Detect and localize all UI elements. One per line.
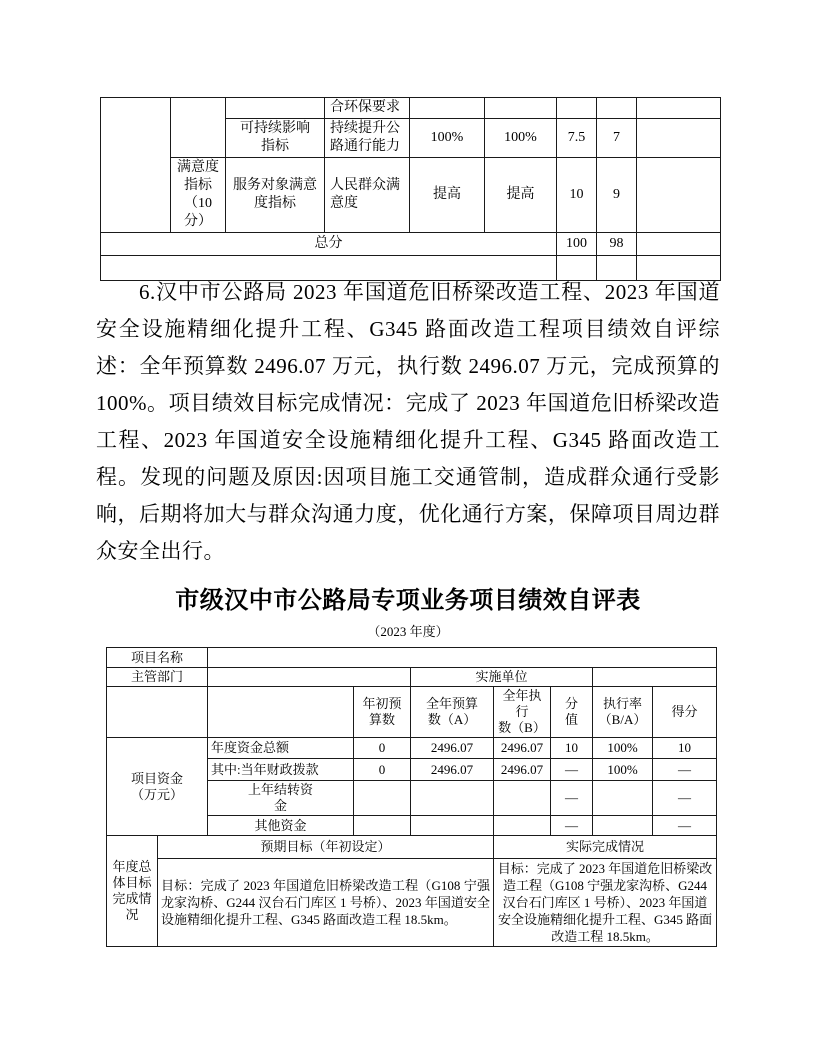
funds-group-label-cell: 项目资金 （万元） xyxy=(107,738,208,836)
funds-row-fiscal-execution-cell: 2496.07 xyxy=(494,759,551,781)
annual-goal-label-cell: 年度总 体目标 完成情 况 xyxy=(107,836,158,947)
department-label-cell: 主管部门 xyxy=(107,668,208,687)
score-col2-empty-cell xyxy=(171,98,226,158)
funds-header-empty-cell xyxy=(107,687,208,738)
header-score-cell: 得分 xyxy=(653,687,717,738)
score-satisfaction-actual-cell: 提高 xyxy=(485,158,557,233)
funds-row-carryover-initial-cell xyxy=(354,781,411,816)
expected-goal-header-cell: 预期目标（年初设定） xyxy=(158,836,494,859)
implementer-label-cell: 实施单位 xyxy=(411,668,593,687)
score-sustain-actual-cell: 100% xyxy=(485,119,557,158)
score-env-target-cell xyxy=(410,98,485,119)
score-satisfaction-category-cell: 服务对象满意 度指标 xyxy=(226,158,325,233)
funds-row-fiscal-rate-cell: 100% xyxy=(593,759,653,781)
project-name-value-cell xyxy=(208,648,717,668)
funds-row-total-budget-cell: 2496.07 xyxy=(411,738,494,759)
score-total-note-cell xyxy=(637,233,721,256)
score-env-score-cell xyxy=(597,98,637,119)
implementer-value-cell xyxy=(593,668,717,687)
funds-row-other-initial-cell xyxy=(354,816,411,836)
funds-row-carryover-rate-cell xyxy=(593,781,653,816)
funds-row-total-score-cell: 10 xyxy=(653,738,717,759)
score-env-note-cell xyxy=(637,98,721,119)
score-satisfaction-note-cell xyxy=(637,158,721,233)
funds-row-other-points-cell: — xyxy=(551,816,593,836)
funds-row-total-points-cell: 10 xyxy=(551,738,593,759)
funds-row-other-score-cell: — xyxy=(653,816,717,836)
score-env-category-empty-cell xyxy=(226,98,325,119)
score-env-actual-cell xyxy=(485,98,557,119)
score-sustain-note-cell xyxy=(637,119,721,158)
funds-row-other-execution-cell xyxy=(494,816,551,836)
score-satisfaction-indicator-cell: 人民群众满 意度 xyxy=(325,158,410,233)
header-points-cell: 分 值 xyxy=(551,687,593,738)
score-sustain-points-cell: 7.5 xyxy=(557,119,597,158)
score-satisfaction-target-cell: 提高 xyxy=(410,158,485,233)
header-initial-budget-cell: 年初预 算数 xyxy=(354,687,411,738)
score-total-points-cell: 100 xyxy=(557,233,597,256)
header-annual-execution-cell: 全年执行 数（B） xyxy=(494,687,551,738)
funds-row-fiscal-score-cell: — xyxy=(653,759,717,781)
funds-name-header-empty-cell xyxy=(208,687,354,738)
score-sustain-target-cell: 100% xyxy=(410,119,485,158)
funds-row-other-name-cell: 其他资金 xyxy=(208,816,354,836)
score-total-label-cell: 总分 xyxy=(101,233,557,256)
score-satisfaction-group-cell: 满意度 指标 （10 分） xyxy=(171,158,226,233)
form-title: 市级汉中市公路局专项业务项目绩效自评表 xyxy=(0,586,816,616)
funds-row-other-rate-cell xyxy=(593,816,653,836)
actual-result-text-cell: 目标：完成了 2023 年国道危旧桥梁改造工程（G108 宁强龙家沟桥、G244… xyxy=(494,859,717,947)
funds-row-fiscal-initial-cell: 0 xyxy=(354,759,411,781)
funds-row-carryover-points-cell: — xyxy=(551,781,593,816)
funds-row-fiscal-budget-cell: 2496.07 xyxy=(411,759,494,781)
funds-row-carryover-score-cell: — xyxy=(653,781,717,816)
score-sustain-indicator-cell: 持续提升公 路通行能力 xyxy=(325,119,410,158)
funds-row-carryover-budget-cell xyxy=(411,781,494,816)
funds-row-total-rate-cell: 100% xyxy=(593,738,653,759)
self-evaluation-table: 项目名称 主管部门 实施单位 年初预 算数 全年预算 数（A） 全年执行 数（B… xyxy=(106,647,717,947)
score-sustain-score-cell: 7 xyxy=(597,119,637,158)
expected-goal-text-cell: 目标：完成了 2023 年国道危旧桥梁改造工程（G108 宁强龙家沟桥、G244… xyxy=(158,859,494,947)
document-page: 合环保要求 可持续影响 指标 持续提升公 路通行能力 100% 100% 7.5… xyxy=(0,0,816,1056)
actual-result-header-cell: 实际完成情况 xyxy=(494,836,717,859)
score-env-indicator-tail-cell: 合环保要求 xyxy=(325,98,410,119)
funds-row-fiscal-name-cell: 其中:当年财政拨款 xyxy=(208,759,354,781)
form-subtitle-year: （2023 年度） xyxy=(0,623,816,641)
funds-row-carryover-execution-cell xyxy=(494,781,551,816)
score-satisfaction-score-cell: 9 xyxy=(597,158,637,233)
header-annual-budget-cell: 全年预算 数（A） xyxy=(411,687,494,738)
funds-row-fiscal-points-cell: — xyxy=(551,759,593,781)
project-summary-paragraph: 6.汉中市公路局 2023 年国道危旧桥梁改造工程、2023 年国道安全设施精细… xyxy=(96,274,720,570)
score-table: 合环保要求 可持续影响 指标 持续提升公 路通行能力 100% 100% 7.5… xyxy=(100,97,721,281)
score-env-points-cell xyxy=(557,98,597,119)
funds-row-other-budget-cell xyxy=(411,816,494,836)
score-sustain-category-cell: 可持续影响 指标 xyxy=(226,119,325,158)
header-execution-rate-cell: 执行率 （B/A） xyxy=(593,687,653,738)
department-value-cell xyxy=(208,668,411,687)
score-satisfaction-points-cell: 10 xyxy=(557,158,597,233)
score-col1-empty-cell xyxy=(101,98,171,233)
project-name-label-cell: 项目名称 xyxy=(107,648,208,668)
funds-row-total-name-cell: 年度资金总额 xyxy=(208,738,354,759)
score-total-score-cell: 98 xyxy=(597,233,637,256)
funds-row-carryover-name-cell: 上年结转资 金 xyxy=(208,781,354,816)
funds-row-total-initial-cell: 0 xyxy=(354,738,411,759)
funds-row-total-execution-cell: 2496.07 xyxy=(494,738,551,759)
